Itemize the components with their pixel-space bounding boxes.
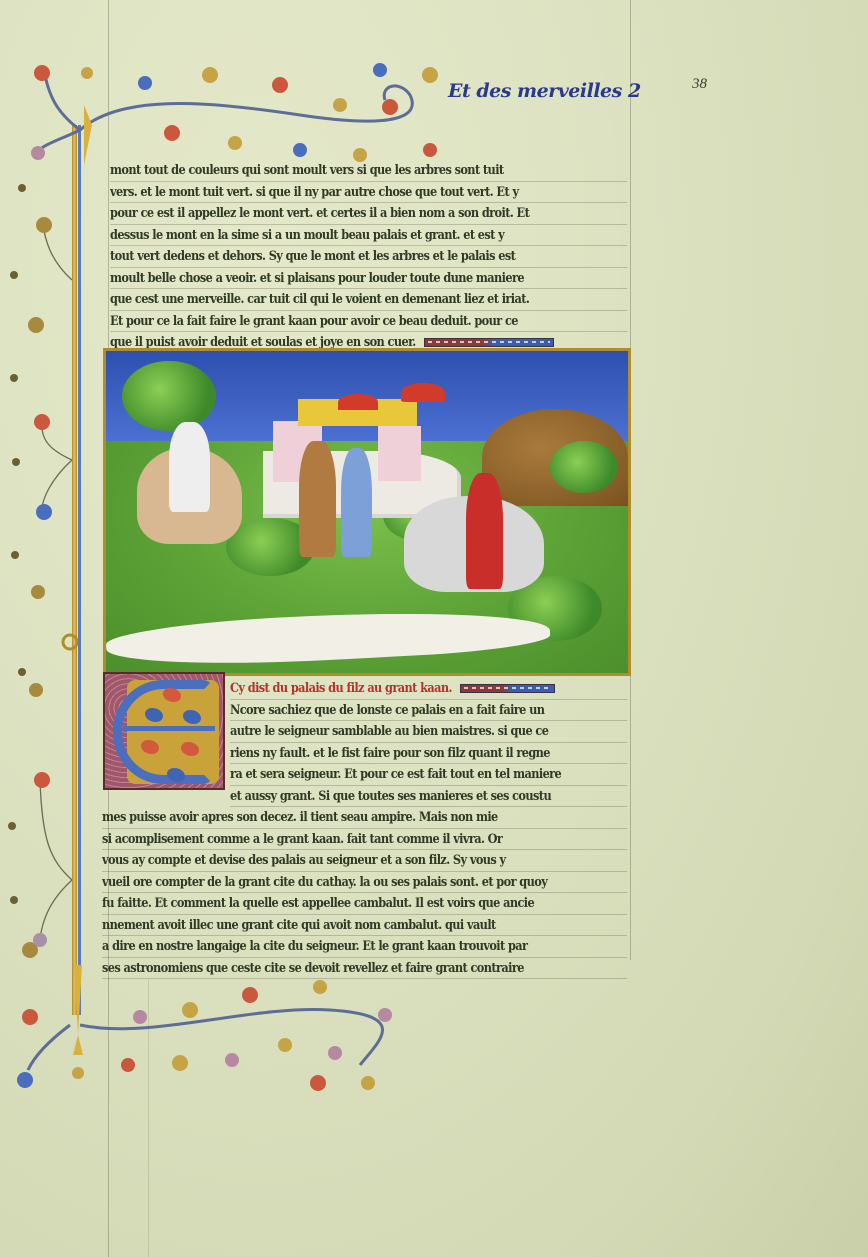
castle-house [378,426,422,480]
text-line: ra et sera seigneur. Et pour ce est fait… [230,764,627,786]
text-line: mont tout de couleurs qui sont moult ver… [110,160,627,182]
text-block-top: mont tout de couleurs qui sont moult ver… [110,160,627,354]
text-line: si acomplisement comme a le grant kaan. … [102,829,627,851]
text-line: vers. et le mont tuit vert. si que il ny… [110,182,627,204]
castle-roof-red [338,394,378,410]
text-line: vous ay compte et devise des palais au s… [102,850,627,872]
line-filler-ornament [424,338,554,347]
castle-dome [401,383,445,402]
text-line: fu faitte. Et comment la quelle est appe… [102,893,627,915]
bottom-vine-ornament [0,965,420,1105]
top-vine-ornament [0,45,460,170]
chapter-rubric: Cy dist du palais du filz au grant kaan. [230,678,627,700]
text-line: et aussy grant. Si que toutes ses manier… [230,786,627,808]
text-line: dessus le mont en la sime si a un moult … [110,225,627,247]
text-line: que il puist avoir deduit et soulas et j… [110,334,416,349]
text-line: mes puisse avoir apres son decez. il tie… [102,807,627,829]
manuscript-page: Et des merveilles 2 38 [0,0,868,1257]
text-block-chapter: Cy dist du palais du filz au grant kaan.… [110,678,627,979]
rider-left [169,422,211,512]
left-margin-ornaments [0,160,80,980]
text-line: Ncore sachiez que de lonste ce palais en… [230,700,627,722]
text-line: moult belle chose a veoir. et si plaisan… [110,268,627,290]
text-line: ses astronomiens que ceste cite se devoi… [102,958,627,980]
text-line: nnement avoit illec une grant cite qui a… [102,915,627,937]
running-head: Et des merveilles 2 [448,80,641,102]
tree [550,441,618,493]
rubric-text: Cy dist du palais du filz au grant kaan. [230,680,452,695]
miniature-painting [103,348,631,676]
figure-brown-robe [299,441,336,557]
tree [122,361,216,432]
text-line: autre le seigneur samblable au bien mais… [230,721,627,743]
figure-blue-robe [341,448,372,557]
text-line: a dire en nostre langaige la cite du sei… [102,936,627,958]
rider-right-red-cloak [466,473,503,589]
text-line: tout vert dedens et dehors. Sy que le mo… [110,246,627,268]
text-line: riens ny fault. et le fist faire pour so… [230,743,627,765]
text-line: vueil ore compter de la grant cite du ca… [102,872,627,894]
text-line: Et pour ce la fait faire le grant kaan p… [110,311,627,333]
line-filler-ornament [460,684,555,693]
folio-number: 38 [692,76,707,93]
text-line: pour ce est il appellez le mont vert. et… [110,203,627,225]
text-line: que cest une merveille. car tuit cil qui… [110,289,627,311]
